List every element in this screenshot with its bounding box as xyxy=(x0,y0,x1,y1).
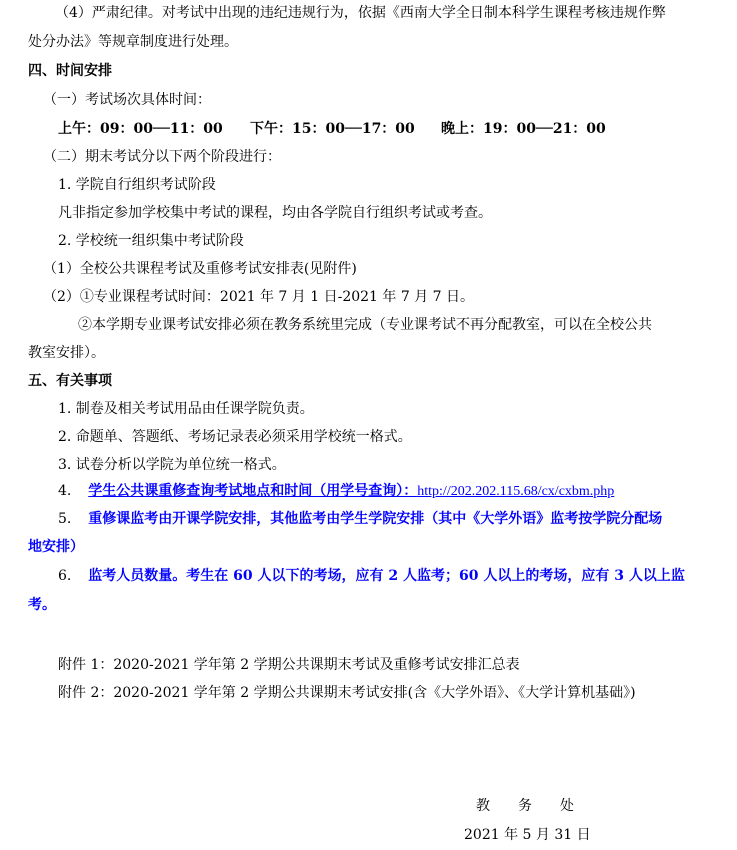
paragraph-discipline-line2: 处分办法》等规章制度进行处理。 xyxy=(28,33,238,51)
attachment-1: 附件 1：2020-2021 学年第 2 学期公共课期末考试及重修考试安排汇总表 xyxy=(58,656,520,674)
query-link-text[interactable]: 学生公共课重修查询考试地点和时间（用学号查询）： xyxy=(88,483,417,499)
stage2-item-public-courses: （1）全校公共课程考试及重修考试安排表(见附件) xyxy=(43,260,357,278)
signature-date: 2021 年 5 月 31 日 xyxy=(464,826,591,844)
note-item-4-number: 4. xyxy=(58,483,71,499)
stage1-description: 凡非指定参加学校集中考试的课程，均由各学院自行组织考试或考查。 xyxy=(58,204,492,222)
query-link-url[interactable]: http://202.202.115.68/cx/cxbm.php xyxy=(417,484,614,499)
note-item-6-number: 6. xyxy=(58,568,71,584)
note-item-5-text: 重修课监考由开课学院安排，其他监考由学生学院安排（其中《大学外语》监考按学院分配… xyxy=(88,511,662,527)
query-link[interactable]: 学生公共课重修查询考试地点和时间（用学号查询）：http://202.202.1… xyxy=(88,483,614,499)
note-item-5-number: 5. xyxy=(58,511,71,527)
time-slot-morning: 上午：09：00──11：00 xyxy=(58,120,223,138)
subheading-two-stages: （二）期末考试分以下两个阶段进行： xyxy=(43,148,281,166)
attachment-2: 附件 2：2020-2021 学年第 2 学期公共课期末考试安排(含《大学外语》… xyxy=(58,684,636,702)
stage2-item-system-line1: ②本学期专业课考试安排必须在教务系统里完成（专业课考试不再分配教室，可以在全校公… xyxy=(78,316,652,334)
paragraph-discipline-line1: （4）严肃纪律。对考试中出现的违纪违规行为，依据《西南大学全日制本科学生课程考核… xyxy=(55,4,666,22)
time-slot-evening: 晚上：19：00──21：00 xyxy=(441,120,606,138)
subheading-exam-times: （一）考试场次具体时间： xyxy=(43,91,211,109)
note-item-2: 2. 命题单、答题纸、考场记录表必须采用学校统一格式。 xyxy=(58,428,412,446)
note-item-6-line1: 6. 监考人员数量。考生在 60 人以下的考场，应有 2 人监考；60 人以上的… xyxy=(58,567,685,585)
stage2-item-major-exam-time: （2）①专业课程考试时间：2021 年 7 月 1 日-2021 年 7 月 7… xyxy=(43,288,474,306)
signature-office: 教 务 处 xyxy=(476,797,574,815)
stage1-title: 1. 学院自行组织考试阶段 xyxy=(58,176,216,194)
section-heading-notes: 五、有关事项 xyxy=(28,372,112,390)
note-item-3: 3. 试卷分析以学院为单位统一格式。 xyxy=(58,456,286,474)
note-item-6-line2: 考。 xyxy=(28,596,56,614)
note-item-4: 4. 学生公共课重修查询考试地点和时间（用学号查询）：http://202.20… xyxy=(58,482,614,501)
note-item-1: 1. 制卷及相关考试用品由任课学院负责。 xyxy=(58,400,314,418)
stage2-title: 2. 学校统一组织集中考试阶段 xyxy=(58,232,244,250)
stage2-item-system-line2: 教室安排）。 xyxy=(28,344,105,362)
note-item-5-line2: 地安排） xyxy=(28,538,84,556)
note-item-5-line1: 5. 重修课监考由开课学院安排，其他监考由学生学院安排（其中《大学外语》监考按学… xyxy=(58,510,662,528)
note-item-6-text: 监考人员数量。考生在 60 人以下的考场，应有 2 人监考；60 人以上的考场，… xyxy=(88,568,685,584)
section-heading-schedule: 四、时间安排 xyxy=(28,62,112,80)
time-slot-afternoon: 下午：15：00──17：00 xyxy=(250,120,415,138)
